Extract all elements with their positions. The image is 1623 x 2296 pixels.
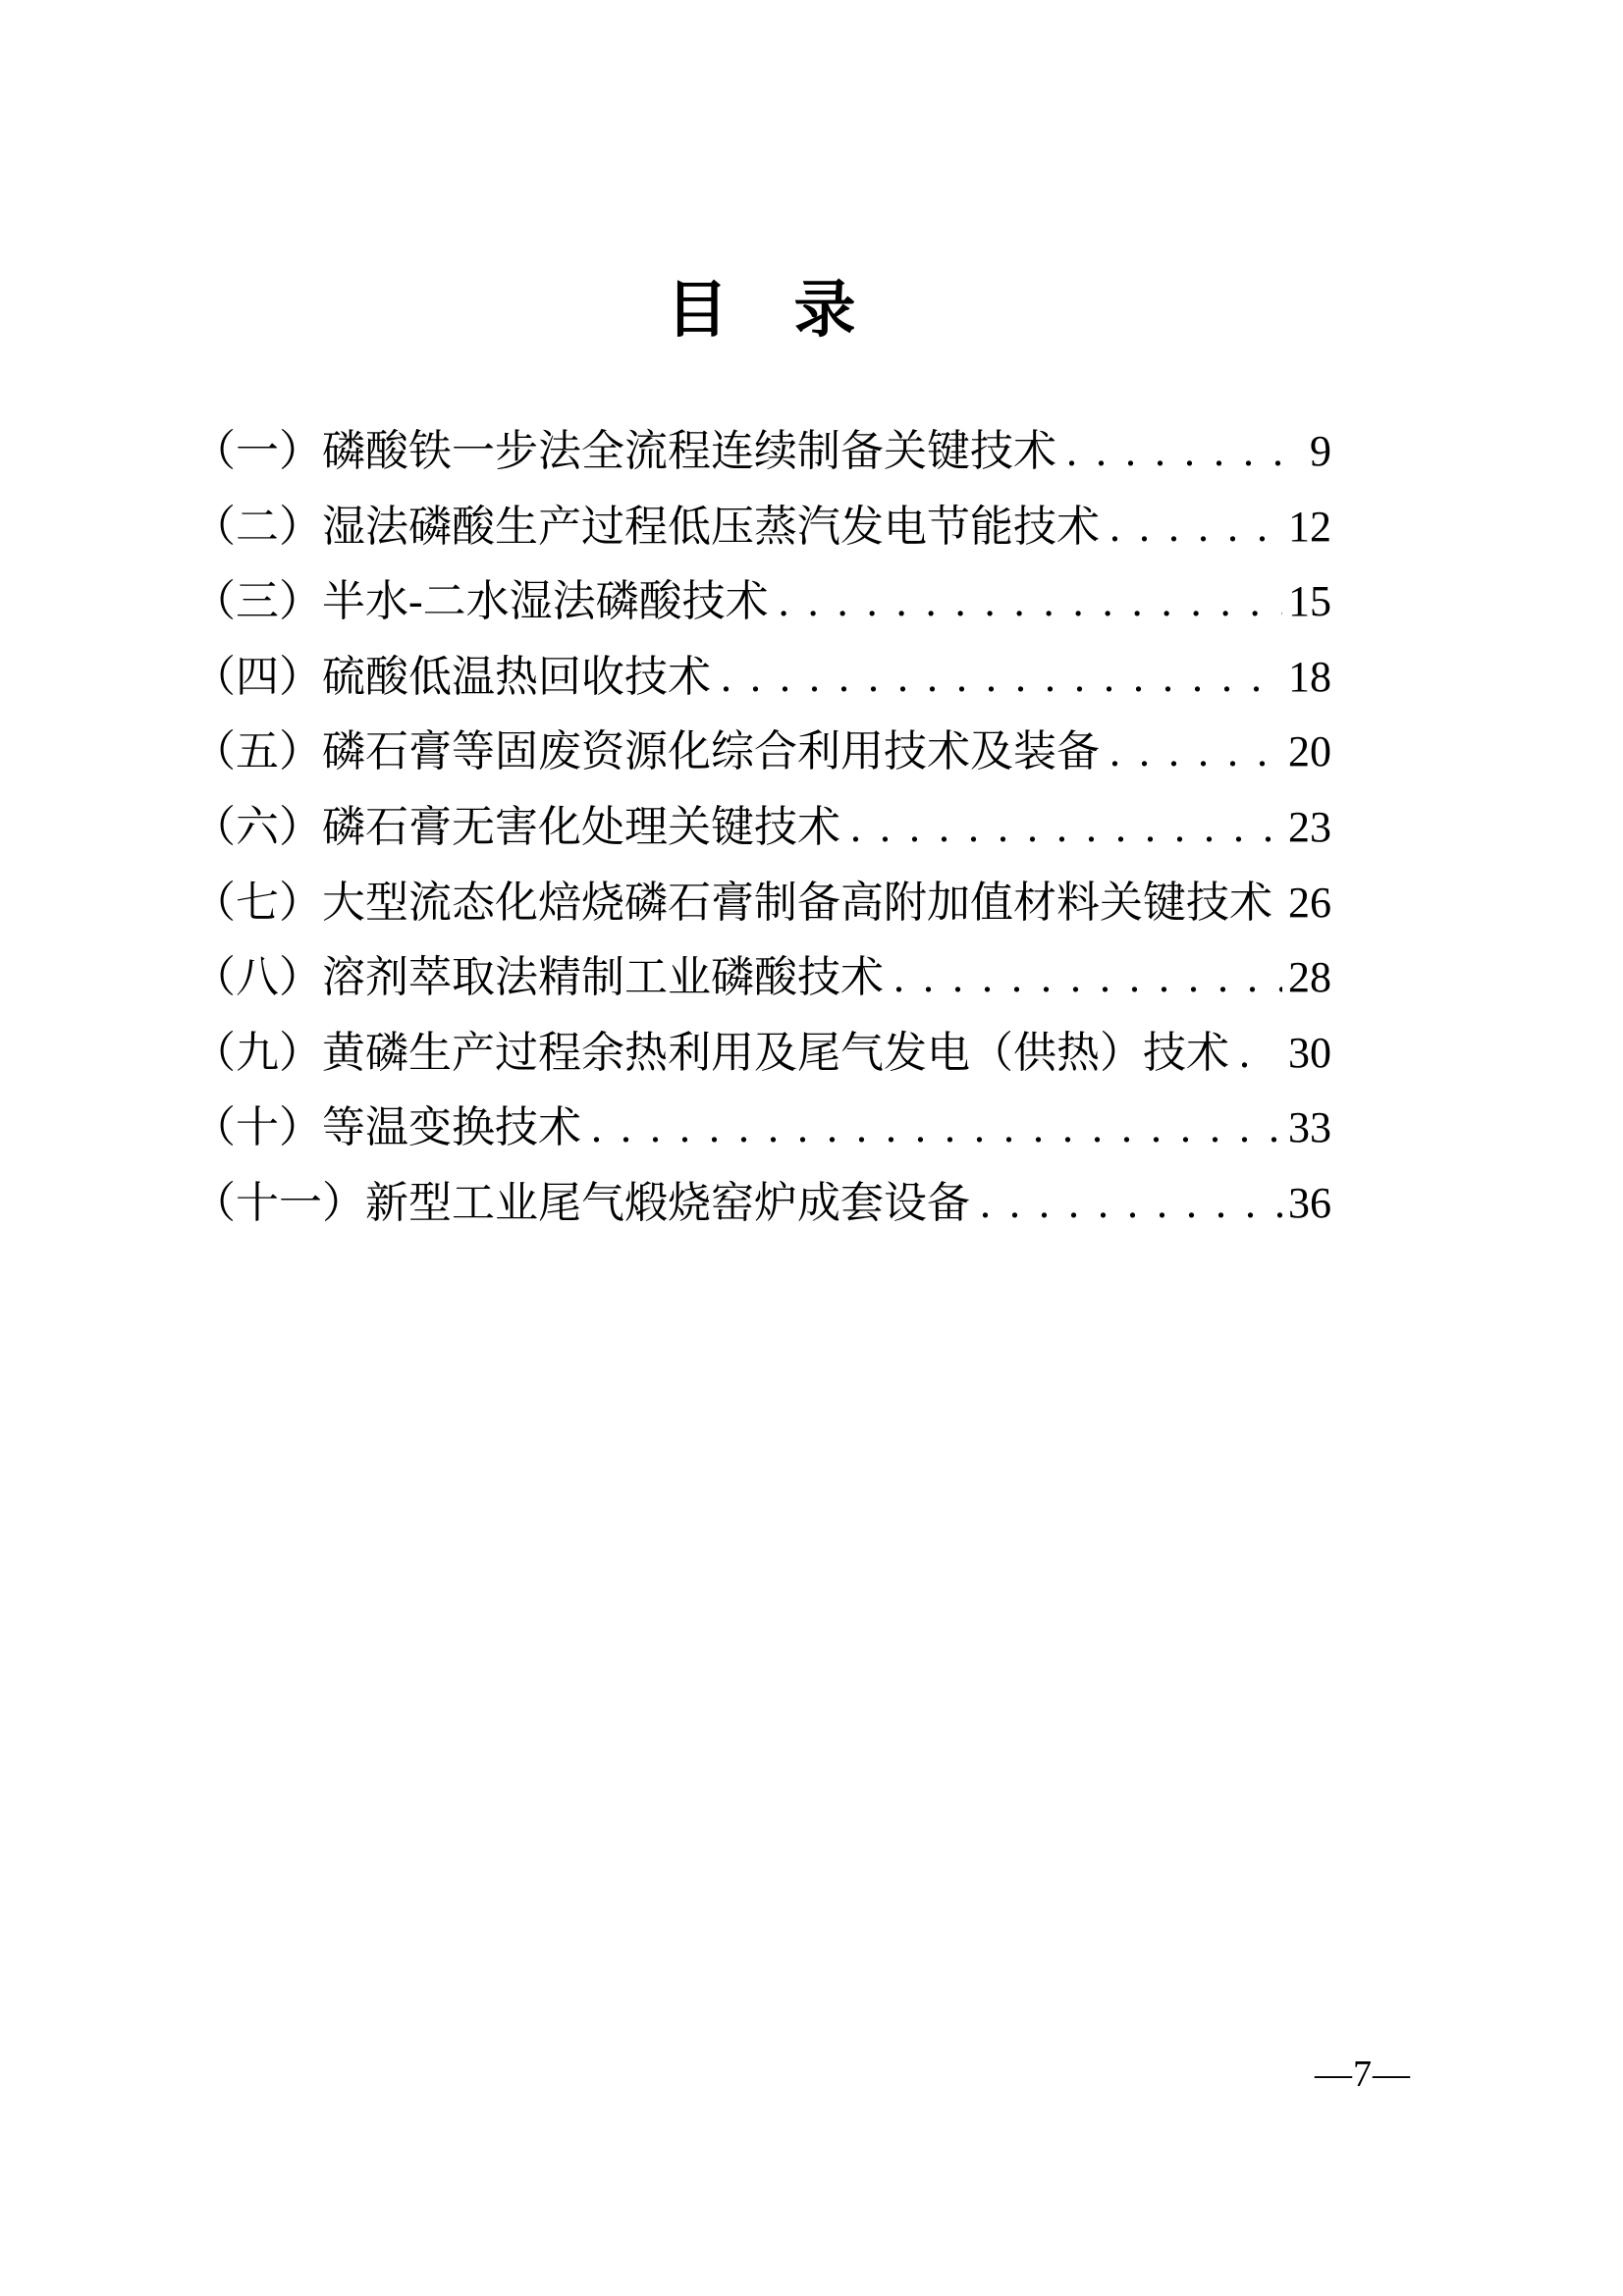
toc-entry-dot-leader: ....... — [1100, 715, 1282, 790]
toc-entry: （三）半水-二水湿法磷酸技术....................15 — [192, 564, 1331, 640]
toc-entry-label: （六）磷石膏无害化处理关键技术 — [192, 790, 840, 866]
toc-entry-page-number: 18 — [1282, 640, 1331, 716]
toc-entry-label: （一）磷酸铁一步法全流程连续制备关键技术 — [192, 414, 1056, 490]
toc-entry-page-number: 36 — [1282, 1166, 1331, 1242]
content-block: 目 录 （一）磷酸铁一步法全流程连续制备关键技术..........9（二）湿法… — [192, 0, 1331, 1242]
toc-entry-dot-leader: ................. — [884, 940, 1282, 1016]
toc-entry-label: （五）磷石膏等固废资源化综合利用技术及装备 — [192, 715, 1100, 790]
toc-entry-label: （十）等温变换技术 — [192, 1091, 581, 1166]
document-page: { "page": { "title": "目 录", "footer": { … — [0, 0, 1623, 2296]
footer-page-number: —7— — [1315, 2054, 1411, 2095]
toc-entry-page-number: 9 — [1304, 414, 1331, 490]
page-number-footer: —7— — [1315, 2052, 1411, 2097]
toc-entry-page-number: 12 — [1282, 490, 1331, 565]
toc-entry: （二）湿法磷酸生产过程低压蒸汽发电节能技术.......12 — [192, 490, 1331, 565]
toc-entry-dot-leader: . — [1229, 1016, 1282, 1092]
toc-entry-page-number: 23 — [1282, 790, 1331, 866]
toc-entry: （五）磷石膏等固废资源化综合利用技术及装备.......20 — [192, 715, 1331, 790]
toc-entry-page-number: 28 — [1282, 940, 1331, 1016]
toc-entry-label: （十一）新型工业尾气煅烧窑炉成套设备 — [192, 1166, 970, 1242]
toc-entry: （七）大型流态化焙烧磷石膏制备高附加值材料关键技术26 — [192, 866, 1331, 941]
toc-entry: （八）溶剂萃取法精制工业磷酸技术.................28 — [192, 940, 1331, 1016]
toc-entry-label: （八）溶剂萃取法精制工业磷酸技术 — [192, 940, 884, 1016]
toc-entry: （四）硫酸低温热回收技术......................18 — [192, 640, 1331, 716]
toc-entry-label: （三）半水-二水湿法磷酸技术 — [192, 564, 769, 640]
toc-entry: （一）磷酸铁一步法全流程连续制备关键技术..........9 — [192, 414, 1331, 490]
toc-entry: （六）磷石膏无害化处理关键技术..................23 — [192, 790, 1331, 866]
toc-entry-page-number: 30 — [1282, 1016, 1331, 1092]
toc-entry-label: （七）大型流态化焙烧磷石膏制备高附加值材料关键技术 — [192, 866, 1272, 941]
toc-entry: （十一）新型工业尾气煅烧窑炉成套设备.............36 — [192, 1166, 1331, 1242]
toc-entry-dot-leader: ............................. — [581, 1091, 1282, 1166]
toc-list: （一）磷酸铁一步法全流程连续制备关键技术..........9（二）湿法磷酸生产… — [192, 414, 1331, 1242]
toc-entry: （九）黄磷生产过程余热利用及尾气发电（供热）技术.30 — [192, 1016, 1331, 1092]
toc-entry-label: （二）湿法磷酸生产过程低压蒸汽发电节能技术 — [192, 490, 1100, 565]
toc-entry-dot-leader: ...................... — [711, 640, 1282, 716]
toc-entry-dot-leader: .......... — [1056, 414, 1304, 490]
page-title: 目 录 — [192, 275, 1331, 346]
toc-entry-page-number: 26 — [1282, 866, 1331, 941]
toc-entry-page-number: 20 — [1282, 715, 1331, 790]
toc-entry-dot-leader: ....... — [1100, 490, 1282, 565]
toc-entry-page-number: 15 — [1282, 564, 1331, 640]
toc-entry: （十）等温变换技术.............................33 — [192, 1091, 1331, 1166]
toc-entry-label: （四）硫酸低温热回收技术 — [192, 640, 711, 716]
toc-entry-page-number: 33 — [1282, 1091, 1331, 1166]
toc-entry-dot-leader: .................. — [840, 790, 1282, 866]
toc-entry-dot-leader: ............. — [970, 1166, 1282, 1242]
toc-entry-dot-leader: .................... — [769, 564, 1282, 640]
toc-entry-label: （九）黄磷生产过程余热利用及尾气发电（供热）技术 — [192, 1016, 1229, 1092]
